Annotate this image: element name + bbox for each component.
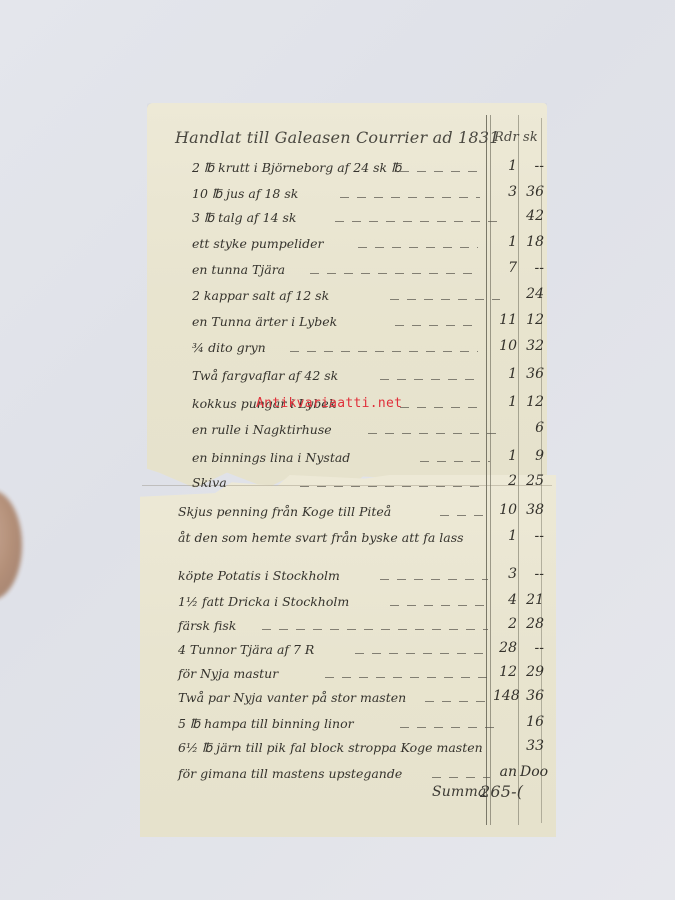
leader-dashes bbox=[380, 379, 480, 380]
row-amount-riksdaler: 2 bbox=[493, 473, 517, 489]
row-description: 10 ℔ jus af 18 sk bbox=[192, 186, 298, 201]
row-description: åt den som hemte svart från byske att fa… bbox=[178, 530, 464, 545]
row-amount-riksdaler: 28 bbox=[493, 640, 517, 656]
row-description: Skjus penning från Koge till Piteå bbox=[178, 504, 391, 519]
row-description: en tunna Tjära bbox=[192, 262, 285, 277]
row-amount-riksdaler: 10 bbox=[493, 338, 517, 354]
row-amount-skilling: 42 bbox=[520, 208, 544, 224]
leader-dashes bbox=[262, 629, 488, 630]
header-riksdaler: Rdr bbox=[494, 130, 519, 145]
row-amount-skilling: 38 bbox=[520, 502, 544, 518]
row-amount-riksdaler: 7 bbox=[493, 260, 517, 276]
document-title: Handlat till Galeasen Courrier ad 1831 bbox=[175, 128, 500, 147]
row-amount-riksdaler: 1 bbox=[493, 234, 517, 250]
row-description: för gimana till mastens upstegande bbox=[178, 766, 402, 781]
row-amount-riksdaler: 1 bbox=[493, 158, 517, 174]
row-amount-skilling: -- bbox=[520, 640, 544, 656]
row-amount-riksdaler: 4 bbox=[493, 592, 517, 608]
row-amount-riksdaler: 3 bbox=[493, 566, 517, 582]
row-amount-skilling: -- bbox=[520, 158, 544, 174]
row-description: en rulle i Nagktirhuse bbox=[192, 422, 332, 437]
row-amount-riksdaler: 2 bbox=[493, 616, 517, 632]
row-description: 2 ℔ krutt i Björneborg af 24 sk ℔ bbox=[192, 160, 401, 175]
row-amount-riksdaler: 3 bbox=[493, 184, 517, 200]
row-amount-skilling: 29 bbox=[520, 664, 544, 680]
leader-dashes bbox=[335, 221, 500, 222]
column-rule-3 bbox=[518, 115, 519, 825]
row-description: 1½ fatt Dricka i Stockholm bbox=[178, 594, 349, 609]
row-amount-skilling: 21 bbox=[520, 592, 544, 608]
leader-dashes bbox=[340, 197, 480, 198]
row-description: Skiva bbox=[192, 475, 227, 490]
finger-edge bbox=[0, 490, 22, 600]
leader-dashes bbox=[432, 777, 490, 778]
row-amount-riksdaler: 12 bbox=[493, 664, 517, 680]
leader-dashes bbox=[400, 171, 478, 172]
row-description: en Tunna ärter i Lybek bbox=[192, 314, 337, 329]
watermark: Antikvariaatti.net bbox=[256, 396, 402, 411]
row-amount-skilling: 36 bbox=[520, 184, 544, 200]
leader-dashes bbox=[310, 273, 478, 274]
row-amount-skilling: 12 bbox=[520, 312, 544, 328]
leader-dashes bbox=[325, 677, 488, 678]
leader-dashes bbox=[390, 605, 488, 606]
row-amount-skilling: 36 bbox=[520, 366, 544, 382]
row-description: ett styke pumpelider bbox=[192, 236, 324, 251]
row-amount-skilling: 33 bbox=[520, 738, 544, 754]
leader-dashes bbox=[300, 486, 480, 487]
leader-dashes bbox=[395, 325, 478, 326]
row-description: Twå par Nyja vanter på stor masten bbox=[178, 690, 406, 705]
row-amount-skilling: 6 bbox=[520, 420, 544, 436]
leader-dashes bbox=[358, 247, 478, 248]
row-amount-skilling: 18 bbox=[520, 234, 544, 250]
row-amount-skilling: 12 bbox=[520, 394, 544, 410]
row-description: köpte Potatis i Stockholm bbox=[178, 568, 340, 583]
row-amount-skilling: -- bbox=[520, 528, 544, 544]
row-amount-skilling: 25 bbox=[520, 473, 544, 489]
row-amount-skilling: Doo bbox=[520, 764, 544, 780]
row-amount-skilling: 32 bbox=[520, 338, 544, 354]
row-amount-skilling: 28 bbox=[520, 616, 544, 632]
summa-rd: 265-( bbox=[480, 782, 523, 801]
row-amount-riksdaler: 1 bbox=[493, 528, 517, 544]
row-amount-skilling: 16 bbox=[520, 714, 544, 730]
row-amount-skilling: 9 bbox=[520, 448, 544, 464]
row-description: färsk fisk bbox=[178, 618, 236, 633]
leader-dashes bbox=[400, 407, 480, 408]
row-amount-riksdaler: 10 bbox=[493, 502, 517, 518]
row-amount-riksdaler: 148 bbox=[493, 688, 517, 704]
leader-dashes bbox=[355, 653, 488, 654]
leader-dashes bbox=[390, 299, 500, 300]
row-amount-riksdaler: an bbox=[493, 764, 517, 780]
leader-dashes bbox=[290, 351, 478, 352]
row-description: 6½ ℔ järn till pik fal block stroppa Kog… bbox=[178, 740, 483, 755]
row-description: för Nyja mastur bbox=[178, 666, 278, 681]
row-amount-riksdaler: 1 bbox=[493, 448, 517, 464]
row-amount-skilling: -- bbox=[520, 566, 544, 582]
row-amount-riksdaler: 1 bbox=[493, 366, 517, 382]
leader-dashes bbox=[380, 579, 488, 580]
header-skilling: sk bbox=[523, 130, 538, 145]
row-description: 4 Tunnor Tjära af 7 R bbox=[178, 642, 314, 657]
leader-dashes bbox=[425, 701, 488, 702]
row-description: 3 ℔ talg af 14 sk bbox=[192, 210, 297, 225]
row-amount-skilling: -- bbox=[520, 260, 544, 276]
row-description: en binnings lina i Nystad bbox=[192, 450, 350, 465]
row-description: ¾ dito gryn bbox=[192, 340, 266, 355]
row-amount-skilling: 36 bbox=[520, 688, 544, 704]
row-amount-riksdaler: 11 bbox=[493, 312, 517, 328]
row-amount-skilling: 24 bbox=[520, 286, 544, 302]
row-description: Twå fargvaflar af 42 sk bbox=[192, 368, 338, 383]
leader-dashes bbox=[420, 461, 490, 462]
summa-label: Summa bbox=[432, 784, 487, 800]
leader-dashes bbox=[368, 433, 500, 434]
row-description: 2 kappar salt af 12 sk bbox=[192, 288, 329, 303]
leader-dashes bbox=[400, 727, 500, 728]
row-description: 5 ℔ hampa till binning linor bbox=[178, 716, 354, 731]
row-amount-riksdaler: 1 bbox=[493, 394, 517, 410]
leader-dashes bbox=[440, 515, 488, 516]
